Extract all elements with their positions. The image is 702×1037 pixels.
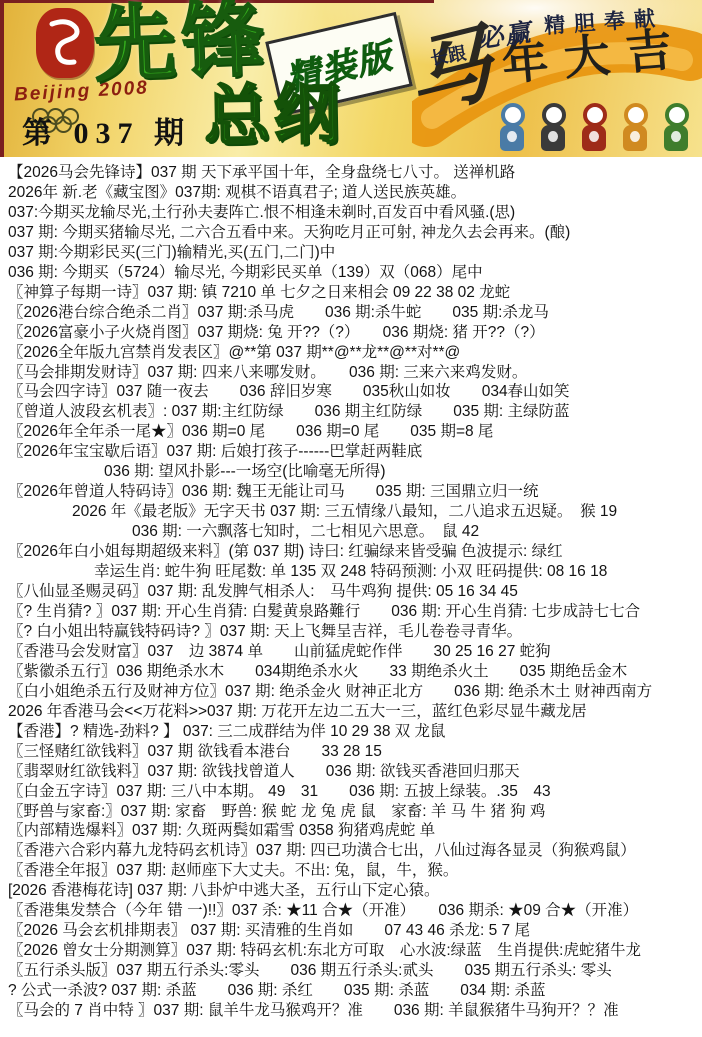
text-line: 〖翡翠财红欲钱料〗037 期: 欲钱找曾道人 036 期: 欲钱买香港回归那天: [4, 762, 702, 782]
text-line: 〖紫徽杀五行〗036 期绝杀水木 034期绝杀水火 33 期绝杀火土 035 期…: [4, 662, 702, 682]
fuwa-mascots-row: [496, 103, 694, 155]
text-line: 036 期: 今期买（5724）输尽光, 今期彩民买单（139）双（068）尾中: [4, 263, 702, 283]
text-line: 〖马会的 7 肖中特 〗037 期: 鼠羊牛龙马猴鸡开？准 036 期: 羊鼠猴…: [4, 1001, 702, 1021]
text-line: 2026年 新.老《藏宝图》037期: 观棋不语真君子; 道人送民族英雄。: [4, 183, 702, 203]
text-line: 037:今期买龙输尽光,土行孙夫妻阵亡.恨不相逢未剃时,百发百中看风骚.(思): [4, 203, 702, 223]
text-line: 〖白金五字诗〗037 期: 三八中本期。 49 31 036 期: 五披上绿装。…: [4, 782, 702, 802]
text-line: 〖五行杀头版〗037 期五行杀头:零头 036 期五行杀头:贰头 035 期五行…: [4, 961, 702, 981]
text-line: 〖八仙显圣赐灵码〗037 期: 乱发脾气相杀人: 马牛鸡狗 提供: 05 16 …: [4, 582, 702, 602]
text-line: 037 期: 今期买猪输尽光, 二六合五看中来。天狗吃月正可射, 神龙久去会再来…: [4, 223, 702, 243]
text-line: 〖2026富豪小子火烧肖图〗037 期烧: 兔 开??（?） 036 期烧: 猪…: [4, 323, 702, 343]
text-line: 2026 年《最老版》无字天书 037 期: 三五情缘八最知，二八追求五迟疑。 …: [4, 502, 702, 522]
text-line: 〖香港全年报〗037 期: 赵师座下大丈夫。不出: 兔，鼠，牛，猴。: [4, 861, 702, 881]
text-line: 〖2026 马会玄机排期表〗 037 期: 买清雅的生肖如 07 43 46 杀…: [4, 921, 702, 941]
text-line: 【香港】? 精选-劲料? 】 037: 三二成群结为伴 10 29 38 双 龙…: [4, 722, 702, 742]
text-line: 2026 年香港马会<<万花料>>037 期: 万花开左边二五大一三，蓝红色彩尽…: [4, 702, 702, 722]
text-line: 〖2026年曾道人特码诗〗036 期: 魏王无能让司马 035 期: 三国鼎立归…: [4, 482, 702, 502]
text-line: 〖2026港台综合绝杀二肖〗037 期:杀马虎 036 期:杀牛蛇 035 期:…: [4, 303, 702, 323]
olympic-seal-icon: [36, 8, 94, 78]
text-line: 037 期:今期彩民买(三门)输精光,买(五门,二门)中: [4, 243, 702, 263]
text-line: 〖野兽与家畜:〗037 期: 家畜 野兽: 猴 蛇 龙 兔 虎 鼠 家畜: 羊 …: [4, 802, 702, 822]
text-line: 〖马会四字诗〗037 随一夜去 036 辞旧岁寒 035秋山如妆 034春山如笑: [4, 382, 702, 402]
fuwa-mascot-green: [660, 103, 694, 155]
text-line: [2026 香港梅花诗] 037 期: 八卦炉中逃大圣，五行山下定心猿。: [4, 881, 702, 901]
text-line: 〖香港集发禁合（今年 错 一)!!〗037 杀: ★11 合★（开准） 036 …: [4, 901, 702, 921]
text-line: 【2026马会先锋诗】037 期 天下承平国十年，全身盘绕七八寸。 送禅机路: [4, 163, 702, 183]
text-line: 〖神算子每期一诗〗037 期: 镇 7210 单 七夕之日来相会 09 22 3…: [4, 283, 702, 303]
masthead-banner: Beijing 2008 先锋 总纲 第 037 期 精装版 必赢 精胆奉献 长…: [0, 0, 702, 157]
text-line: 〖2026全年版九宫禁肖发表区〗@**第 037 期**@**龙**@**对**…: [4, 343, 702, 363]
text-line: 〖2026年宝宝歇后语〗037 期: 后娘打孩子------巴掌赶两鞋底: [4, 442, 702, 462]
masthead-title: 先锋: [93, 0, 272, 87]
text-line: 〖? 生肖猜? 〗037 期: 开心生肖猜: 白髮黄泉路難行 036 期: 开心…: [4, 602, 702, 622]
text-line: 〖白小姐绝杀五行及财神方位〗037 期: 绝杀金火 财神正北方 036 期: 绝…: [4, 682, 702, 702]
text-line: 〖2026年全年杀一尾★〗036 期=0 尾 036 期=0 尾 035 期=8…: [4, 422, 702, 442]
text-line: 036 期: 一六飘落七知时，二七相见六思意。 鼠 42: [4, 522, 702, 542]
fuwa-mascot-orange: [619, 103, 653, 155]
text-line: 〖2026 曾女士分期测算〗037 期: 特码玄机:东北方可取 心水波:绿蓝 生…: [4, 941, 702, 961]
body-text: 【2026马会先锋诗】037 期 天下承平国十年，全身盘绕七八寸。 送禅机路20…: [0, 158, 702, 1021]
text-line: 〖内部精选爆料〗037 期: 久斑两鬓如霜雪 0358 狗猪鸡虎蛇 单: [4, 821, 702, 841]
text-line: 036 期: 望风扑影---一场空(比喻毫无所得): [4, 462, 702, 482]
issue-number: 第 037 期: [22, 108, 191, 152]
text-line: 〖香港马会发财富〗037 边 3874 单 山前猛虎蛇作伴 30 25 16 2…: [4, 642, 702, 662]
text-line: 〖马会排期发财诗〗037 期: 四来八来哪发财。 036 期: 三来六来鸡发财。: [4, 363, 702, 383]
fuwa-mascot-panda: [537, 103, 571, 155]
text-line: 〖? 白小姐出特赢钱特码诗? 〗037 期: 天上飞舞呈吉祥，毛儿卷卷寻青华。: [4, 622, 702, 642]
text-line: 〖2026年白小姐每期超级来料〗(第 037 期) 诗曰: 红骗绿来皆受骗 色波…: [4, 542, 702, 562]
slogan-win: 必赢: [476, 12, 535, 55]
lottery-tip-sheet-page: Beijing 2008 先锋 总纲 第 037 期 精装版 必赢 精胆奉献 长…: [0, 0, 702, 1037]
text-line: 幸运生肖: 蛇牛狗 旺尾数: 单 135 双 248 特码预测: 小双 旺码提供…: [4, 562, 702, 582]
text-line: 〖香港六合彩内幕九龙特码玄机诗〗037 期: 四已功潢合七出，八仙过海各显灵（狗…: [4, 841, 702, 861]
text-line: 〖曾道人波段玄机表〗: 037 期:主红防绿 036 期主红防绿 035 期: …: [4, 402, 702, 422]
fuwa-mascot-red: [578, 103, 612, 155]
text-line: ? 公式一杀波? 037 期: 杀蓝 036 期: 杀红 035 期: 杀蓝 0…: [4, 981, 702, 1001]
text-line: 〖三怪赌红欲钱料〗037 期 欲钱看本港台 33 28 15: [4, 742, 702, 762]
masthead-subtitle: 总纲: [203, 81, 344, 149]
fuwa-mascot-blue: [496, 103, 530, 155]
